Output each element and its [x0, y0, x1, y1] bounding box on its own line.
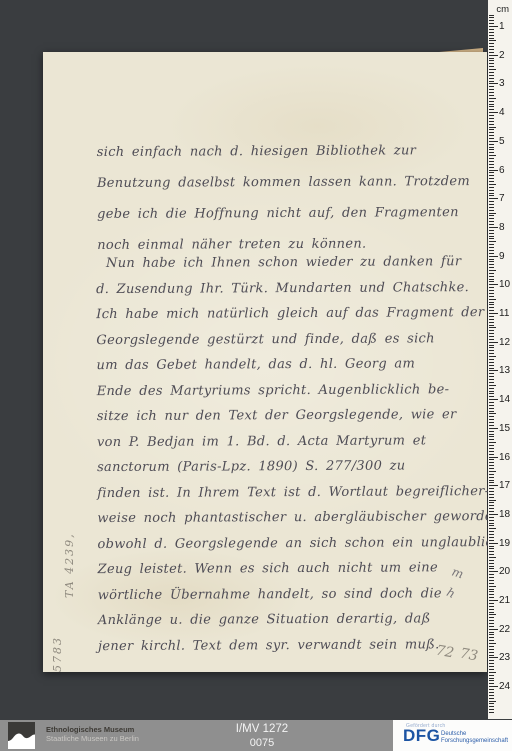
- ruler-tick: [489, 408, 494, 409]
- ruler-tick: [489, 482, 494, 483]
- manuscript-line: finden ist. In Ihrem Text ist d. Wortlau…: [97, 478, 512, 506]
- image-number: 0075: [228, 736, 296, 750]
- ruler-tick: [489, 666, 494, 667]
- manuscript-line: obwohl d. Georgslegende an sich schon ei…: [97, 529, 512, 557]
- ruler-tick: [489, 164, 494, 165]
- ruler-tick: [489, 511, 494, 512]
- ruler-tick: [489, 158, 494, 159]
- ruler-tick: [489, 477, 494, 478]
- ruler-tick: [489, 83, 498, 84]
- ruler-tick: [489, 92, 494, 93]
- ruler-tick: [489, 698, 494, 699]
- ruler-tick: [489, 296, 494, 297]
- ruler-tick: [489, 101, 494, 102]
- ruler-tick: [489, 227, 498, 228]
- ruler-tick: [489, 325, 494, 326]
- ruler-tick: [489, 244, 494, 245]
- ruler-tick: [489, 508, 494, 509]
- ruler-tick: [489, 284, 498, 285]
- ruler-tick: [489, 155, 496, 156]
- ruler-tick: [489, 172, 494, 173]
- ruler-tick: [489, 264, 494, 265]
- wave-logo-icon: [8, 722, 35, 749]
- ruler-number: 6: [499, 165, 512, 176]
- shelfmark: I/MV 1272: [228, 722, 296, 736]
- letter-paragraph-1: sich einfach nach d. hiesigen Bibliothek…: [97, 135, 471, 261]
- manuscript-line: weise noch phantastischer u. abergläubis…: [97, 504, 512, 532]
- ruler-tick: [489, 623, 494, 624]
- ruler-number: 14: [499, 394, 512, 405]
- ruler-tick: [489, 313, 498, 314]
- ruler-tick: [489, 436, 494, 437]
- ruler-tick: [489, 712, 494, 713]
- ruler-number: 16: [499, 452, 512, 463]
- ruler-tick: [489, 149, 494, 150]
- ruler-tick: [489, 304, 494, 305]
- ruler-tick: [489, 393, 494, 394]
- ruler-tick: [489, 425, 494, 426]
- ruler-tick: [489, 672, 496, 673]
- ruler-tick: [489, 557, 496, 558]
- ruler-tick: [489, 434, 494, 435]
- ruler-tick: [489, 23, 494, 24]
- ruler-tick: [489, 181, 494, 182]
- ruler-tick: [489, 448, 494, 449]
- ruler-tick: [489, 250, 494, 251]
- ruler-tick: [489, 259, 494, 260]
- ruler-tick: [489, 657, 498, 658]
- ruler-number: 23: [499, 652, 512, 663]
- ruler-tick: [489, 290, 494, 291]
- ruler-tick: [489, 695, 494, 696]
- ruler-tick: [489, 238, 494, 239]
- ruler-tick: [489, 353, 494, 354]
- manuscript-line: d. Zusendung Ihr. Türk. Mundarten und Ch…: [96, 274, 512, 302]
- manuscript-line: sich einfach nach d. hiesigen Bibliothek…: [97, 135, 470, 168]
- ruler-tick: [489, 316, 494, 317]
- ruler-tick: [489, 382, 494, 383]
- ruler-number: 8: [499, 222, 512, 233]
- ruler-tick: [489, 49, 494, 50]
- ruler-tick: [489, 655, 494, 656]
- ruler-tick: [489, 247, 494, 248]
- ruler-tick: [489, 213, 496, 214]
- ruler-tick: [489, 359, 494, 360]
- ruler-tick: [489, 419, 494, 420]
- museum-subtitle: Staatliche Museen zu Berlin: [46, 734, 139, 743]
- ruler-tick: [489, 574, 494, 575]
- ruler-tick: [489, 273, 494, 274]
- ruler-tick: [489, 652, 494, 653]
- ruler-tick: [489, 646, 494, 647]
- ruler-number: 2: [499, 50, 512, 61]
- ruler-tick: [489, 505, 494, 506]
- ruler-tick: [489, 416, 494, 417]
- ruler-tick: [489, 678, 494, 679]
- ruler-tick: [489, 540, 494, 541]
- ruler-tick: [489, 322, 494, 323]
- ruler-tick: [489, 35, 494, 36]
- manuscript-line: Ich habe mich natürlich gleich auf das F…: [96, 300, 512, 328]
- inventory-number-vertical-1: 5783: [51, 636, 64, 672]
- ruler-number: 19: [499, 538, 512, 549]
- ruler-tick: [489, 442, 496, 443]
- manuscript-line: sanctorum (Paris-Lpz. 1890) S. 277/300 z…: [97, 453, 512, 481]
- ruler-tick: [489, 554, 494, 555]
- ruler-tick: [489, 350, 494, 351]
- ruler-tick: [489, 457, 498, 458]
- ruler-tick: [489, 195, 494, 196]
- ruler-tick: [489, 411, 494, 412]
- ruler-tick: [489, 459, 494, 460]
- ruler-tick: [489, 187, 494, 188]
- ruler-number: 20: [499, 566, 512, 577]
- ruler-tick: [489, 589, 494, 590]
- manuscript-line: Anklänge u. die ganze Situation derartig…: [98, 606, 512, 634]
- ruler-tick: [489, 129, 494, 130]
- ruler-tick: [489, 106, 494, 107]
- ruler-tick: [489, 310, 494, 311]
- ruler-tick: [489, 379, 494, 380]
- ruler-number: 11: [499, 308, 512, 319]
- ruler-tick: [489, 376, 494, 377]
- ruler-tick: [489, 491, 494, 492]
- ruler-tick: [489, 439, 494, 440]
- ruler-tick: [489, 276, 494, 277]
- ruler-tick: [489, 86, 494, 87]
- ruler-tick: [489, 609, 494, 610]
- ruler-tick: [489, 256, 498, 257]
- ruler-tick: [489, 69, 496, 70]
- ruler-tick: [489, 58, 494, 59]
- ruler-tick: [489, 709, 494, 710]
- ruler-tick: [489, 253, 494, 254]
- ruler-tick: [489, 546, 494, 547]
- ruler-tick: [489, 89, 494, 90]
- ruler-tick: [489, 523, 494, 524]
- ruler-tick: [489, 141, 498, 142]
- ruler-tick: [489, 660, 494, 661]
- ruler-tick: [489, 127, 496, 128]
- ruler-tick: [489, 221, 494, 222]
- ruler-tick: [489, 551, 494, 552]
- ruler-tick: [489, 365, 494, 366]
- ruler-tick: [489, 281, 494, 282]
- ruler-tick: [489, 591, 494, 592]
- ruler-number: 1: [499, 21, 512, 32]
- ruler-tick: [489, 502, 494, 503]
- ruler-tick: [489, 60, 494, 61]
- ruler-tick: [489, 299, 496, 300]
- ruler-tick: [489, 517, 494, 518]
- ruler-tick: [489, 531, 494, 532]
- manuscript-line: Nun habe ich Ihnen schon wieder zu danke…: [96, 249, 512, 277]
- ruler-tick: [489, 399, 498, 400]
- ruler-tick: [489, 494, 494, 495]
- ruler-tick: [489, 617, 494, 618]
- ruler-tick: [489, 26, 498, 27]
- ruler-tick: [489, 138, 494, 139]
- ruler-tick: [489, 207, 494, 208]
- ruler-tick: [489, 330, 494, 331]
- ruler-tick: [489, 566, 494, 567]
- ruler-tick: [489, 703, 494, 704]
- ruler-tick: [489, 594, 494, 595]
- ruler-tick: [489, 405, 494, 406]
- ruler-tick: [489, 43, 494, 44]
- ruler-tick: [489, 342, 498, 343]
- ruler-tick: [489, 38, 494, 39]
- ruler-tick: [489, 388, 494, 389]
- ruler-tick: [489, 428, 498, 429]
- ruler-tick: [489, 161, 494, 162]
- dfg-panel: Gefördert durch DFG Deutsche Forschungsg…: [393, 720, 512, 751]
- ruler-tick: [489, 600, 498, 601]
- ruler-tick: [489, 413, 496, 414]
- ruler-tick: [489, 471, 496, 472]
- cm-ruler: cm 1234567891011121314151617181920212223…: [488, 0, 512, 719]
- ruler-tick: [489, 474, 494, 475]
- ruler-number: 7: [499, 193, 512, 204]
- ruler-tick: [489, 370, 498, 371]
- ruler-tick: [489, 468, 494, 469]
- ruler-tick: [489, 178, 494, 179]
- manuscript-line: Georgslegende gestürzt und finde, daß es…: [96, 325, 512, 353]
- ruler-tick: [489, 152, 494, 153]
- pencil-page-number-1: 72: [435, 643, 455, 662]
- ruler-tick: [489, 603, 494, 604]
- ruler-tick: [489, 345, 494, 346]
- ruler-tick: [489, 175, 494, 176]
- ruler-number: 22: [499, 624, 512, 635]
- ruler-tick: [489, 422, 494, 423]
- ruler-number: 18: [499, 509, 512, 520]
- ruler-tick: [489, 135, 494, 136]
- ruler-tick: [489, 537, 494, 538]
- ruler-tick: [489, 98, 496, 99]
- ruler-tick: [489, 580, 494, 581]
- ruler-tick: [489, 81, 494, 82]
- ruler-number: 12: [499, 337, 512, 348]
- ruler-tick: [489, 170, 498, 171]
- ruler-tick: [489, 15, 494, 16]
- ruler-tick: [489, 543, 498, 544]
- ruler-tick: [489, 336, 494, 337]
- pencil-page-number-2: 73: [459, 646, 479, 665]
- ruler-number: 17: [499, 480, 512, 491]
- ruler-tick: [489, 614, 496, 615]
- ruler-tick: [489, 32, 494, 33]
- ruler-tick: [489, 347, 494, 348]
- ruler-tick: [489, 514, 498, 515]
- ruler-tick: [489, 78, 494, 79]
- ruler-tick: [489, 267, 494, 268]
- ruler-tick: [489, 626, 494, 627]
- ruler-tick: [489, 193, 494, 194]
- dfg-org-line2: Forschungsgemeinschaft: [441, 738, 508, 745]
- ruler-tick: [489, 201, 494, 202]
- ruler-tick: [489, 230, 494, 231]
- manuscript-line: Benutzung daselbst kommen lassen kann. T…: [97, 166, 470, 199]
- ruler-tick: [489, 640, 494, 641]
- ruler-tick: [489, 597, 494, 598]
- ruler-tick: [489, 689, 494, 690]
- ruler-tick: [489, 184, 496, 185]
- ruler-number: 21: [499, 595, 512, 606]
- ruler-tick: [489, 29, 494, 30]
- ruler-tick: [489, 233, 494, 234]
- ruler-tick: [489, 663, 494, 664]
- ruler-tick: [489, 465, 494, 466]
- ruler-tick: [489, 373, 494, 374]
- ruler-tick: [489, 534, 494, 535]
- ruler-tick: [489, 118, 494, 119]
- ruler-tick: [489, 55, 498, 56]
- ruler-tick: [489, 637, 494, 638]
- ruler-tick: [489, 560, 494, 561]
- ruler-tick: [489, 571, 498, 572]
- ruler-tick: [489, 431, 494, 432]
- ruler-tick: [489, 204, 494, 205]
- ruler-tick: [489, 132, 494, 133]
- ruler-tick: [489, 612, 494, 613]
- ruler-tick: [489, 210, 494, 211]
- ruler-tick: [489, 583, 494, 584]
- ruler-tick: [489, 683, 494, 684]
- ruler-tick: [489, 198, 498, 199]
- ruler-number: 4: [499, 107, 512, 118]
- ruler-tick: [489, 485, 498, 486]
- ruler-tick: [489, 680, 494, 681]
- ruler-tick: [489, 40, 496, 41]
- ruler-tick: [489, 66, 494, 67]
- ruler-tick: [489, 396, 494, 397]
- ruler-tick: [489, 634, 494, 635]
- dfg-org-name: Deutsche Forschungsgemeinschaft: [441, 731, 508, 745]
- dfg-org-line1: Deutsche: [441, 731, 508, 738]
- ruler-tick: [489, 669, 494, 670]
- ruler-tick: [489, 454, 494, 455]
- ruler-tick: [489, 520, 494, 521]
- ruler-tick: [489, 261, 494, 262]
- ruler-unit-label: cm: [496, 4, 509, 15]
- ruler-number: 5: [499, 136, 512, 147]
- museum-title: Ethnologisches Museum: [46, 725, 139, 734]
- ruler-tick: [489, 104, 494, 105]
- ruler-tick: [489, 402, 494, 403]
- ruler-tick: [489, 525, 494, 526]
- ruler-tick: [489, 643, 496, 644]
- ruler-tick: [489, 279, 494, 280]
- ruler-tick: [489, 462, 494, 463]
- ruler-tick: [489, 649, 494, 650]
- ruler-tick: [489, 497, 494, 498]
- ruler-tick: [489, 147, 494, 148]
- ruler-tick: [489, 629, 498, 630]
- ruler-tick: [489, 548, 494, 549]
- ruler-tick: [489, 302, 494, 303]
- manuscript-line: um das Gebet handelt, das d. hl. Georg a…: [96, 351, 512, 379]
- scan-viewport: sich einfach nach d. hiesigen Bibliothek…: [0, 0, 512, 751]
- ruler-tick: [489, 500, 496, 501]
- ruler-tick: [489, 215, 494, 216]
- ruler-number: 15: [499, 423, 512, 434]
- ruler-tick: [489, 391, 494, 392]
- ruler-tick: [489, 528, 496, 529]
- ruler-tick: [489, 451, 494, 452]
- ruler-tick: [489, 686, 498, 687]
- ruler-tick: [489, 63, 494, 64]
- ruler-tick: [489, 112, 498, 113]
- manuscript-line: Zeug leistet. Wenn es sich auch nicht um…: [98, 555, 512, 583]
- ruler-tick: [489, 319, 494, 320]
- ruler-tick: [489, 121, 494, 122]
- ruler-tick: [489, 218, 494, 219]
- ruler-tick: [489, 241, 496, 242]
- ruler-tick: [489, 339, 494, 340]
- ruler-tick: [489, 109, 494, 110]
- ruler-tick: [489, 586, 496, 587]
- ruler-tick: [489, 362, 494, 363]
- ruler-tick: [489, 224, 494, 225]
- ruler-tick: [489, 167, 494, 168]
- museum-name-block: Ethnologisches Museum Staatliche Museen …: [46, 725, 139, 743]
- ruler-number: 10: [499, 279, 512, 290]
- ruler-tick: [489, 620, 494, 621]
- ruler-tick: [489, 124, 494, 125]
- ruler-tick: [489, 144, 494, 145]
- inventory-number-vertical-2: TA 4239,: [63, 532, 76, 598]
- ruler-tick: [489, 488, 494, 489]
- ruler-tick: [489, 368, 494, 369]
- ruler-tick: [489, 577, 494, 578]
- ruler-tick: [489, 52, 494, 53]
- reference-block: I/MV 1272 0075: [228, 722, 296, 750]
- letter-page: sich einfach nach d. hiesigen Bibliothek…: [43, 52, 487, 672]
- ruler-tick: [489, 190, 494, 191]
- ruler-tick: [489, 445, 494, 446]
- ruler-tick: [489, 293, 494, 294]
- ruler-tick: [489, 287, 494, 288]
- manuscript-line: sitze ich nur den Text der Georgslegende…: [97, 402, 512, 430]
- museum-logo-icon: [8, 722, 35, 749]
- ruler-tick: [489, 307, 494, 308]
- ruler-tick: [489, 356, 496, 357]
- ruler-tick: [489, 95, 494, 96]
- ruler-tick: [489, 563, 494, 564]
- ruler-tick: [489, 270, 496, 271]
- ruler-tick: [489, 17, 494, 18]
- ruler-tick: [489, 72, 494, 73]
- ruler-tick: [489, 46, 494, 47]
- ruler-tick: [489, 706, 494, 707]
- ruler-number: 9: [499, 251, 512, 262]
- manuscript-line: Ende des Martyriums spricht. Augenblickl…: [97, 376, 512, 404]
- ruler-tick: [489, 568, 494, 569]
- ruler-tick: [489, 675, 494, 676]
- ruler-tick: [489, 632, 494, 633]
- ruler-tick: [489, 333, 494, 334]
- ruler-tick: [489, 327, 496, 328]
- dfg-logo: DFG: [403, 726, 440, 746]
- ruler-tick: [489, 701, 496, 702]
- ruler-tick: [489, 385, 496, 386]
- ruler-tick: [489, 236, 494, 237]
- ruler-tick: [489, 75, 494, 76]
- ruler-tick: [489, 115, 494, 116]
- manuscript-line: gebe ich die Hoffnung nicht auf, den Fra…: [97, 197, 470, 230]
- ruler-number: 24: [499, 681, 512, 692]
